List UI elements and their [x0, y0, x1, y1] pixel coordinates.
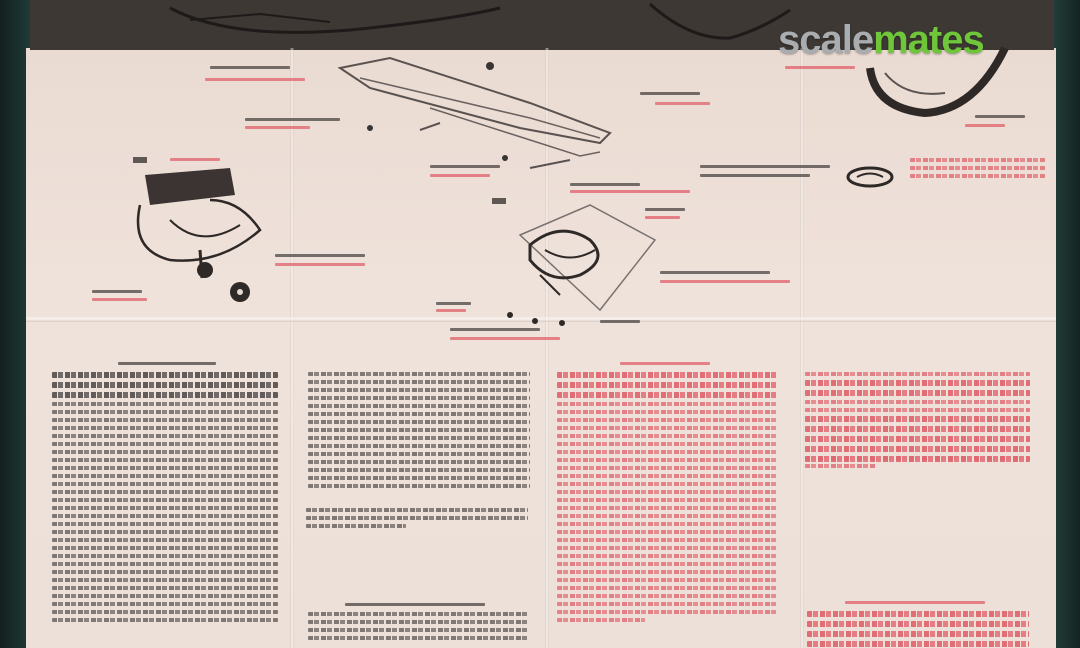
column-4-text [805, 372, 1030, 466]
scalemates-watermark: scalemates [778, 18, 984, 62]
column-3-text [557, 372, 777, 626]
column-2-text [308, 372, 530, 492]
fold-line [290, 48, 294, 648]
callout-label [245, 126, 310, 129]
column-2-heading [345, 603, 485, 606]
callout-label [275, 263, 365, 266]
callout-label [645, 216, 680, 219]
callout-label [275, 254, 365, 257]
callout-label [975, 115, 1025, 118]
callout-label [436, 309, 466, 312]
callout-label [700, 174, 810, 177]
callout-label [245, 118, 340, 121]
callout-text-block [910, 158, 1045, 182]
wing-drawing [330, 48, 620, 178]
watermark-scale: scale [778, 18, 873, 62]
callout-label [450, 337, 560, 340]
callout-label [210, 66, 290, 69]
callout-label [570, 183, 640, 186]
column-4-note [805, 456, 1027, 472]
column-1-heading [118, 362, 216, 365]
callout-label [640, 92, 700, 95]
column-1-text [52, 372, 278, 626]
column-2-note [306, 508, 528, 532]
fig2-gear-drawing [500, 195, 670, 325]
callout-label [92, 290, 142, 293]
callout-label [700, 165, 830, 168]
callout-label [436, 302, 471, 305]
fig2-label [492, 198, 506, 204]
callout-label [655, 102, 710, 105]
callout-label [92, 298, 147, 301]
fold-line [800, 48, 804, 648]
callout-label [645, 208, 685, 211]
callout-label [570, 190, 690, 193]
background-edge-right [1054, 0, 1080, 648]
fig1-cockpit-drawing [130, 160, 280, 310]
callout-label [660, 271, 770, 274]
callout-label [430, 165, 500, 168]
column-3-heading [620, 362, 710, 365]
column-4-text-lower [807, 611, 1029, 648]
watermark-mates: mates [873, 18, 984, 62]
callout-label [170, 158, 220, 161]
column-4-heading [845, 601, 985, 604]
callout-label [965, 124, 1005, 127]
callout-label [785, 66, 855, 69]
callout-label [660, 280, 790, 283]
fig1-label [133, 157, 147, 163]
callout-label [205, 78, 305, 81]
column-2-text-lower [308, 612, 528, 644]
callout-label [430, 174, 490, 177]
callout-label [450, 328, 540, 331]
callout-label [600, 320, 640, 323]
small-part-drawing [845, 165, 895, 190]
